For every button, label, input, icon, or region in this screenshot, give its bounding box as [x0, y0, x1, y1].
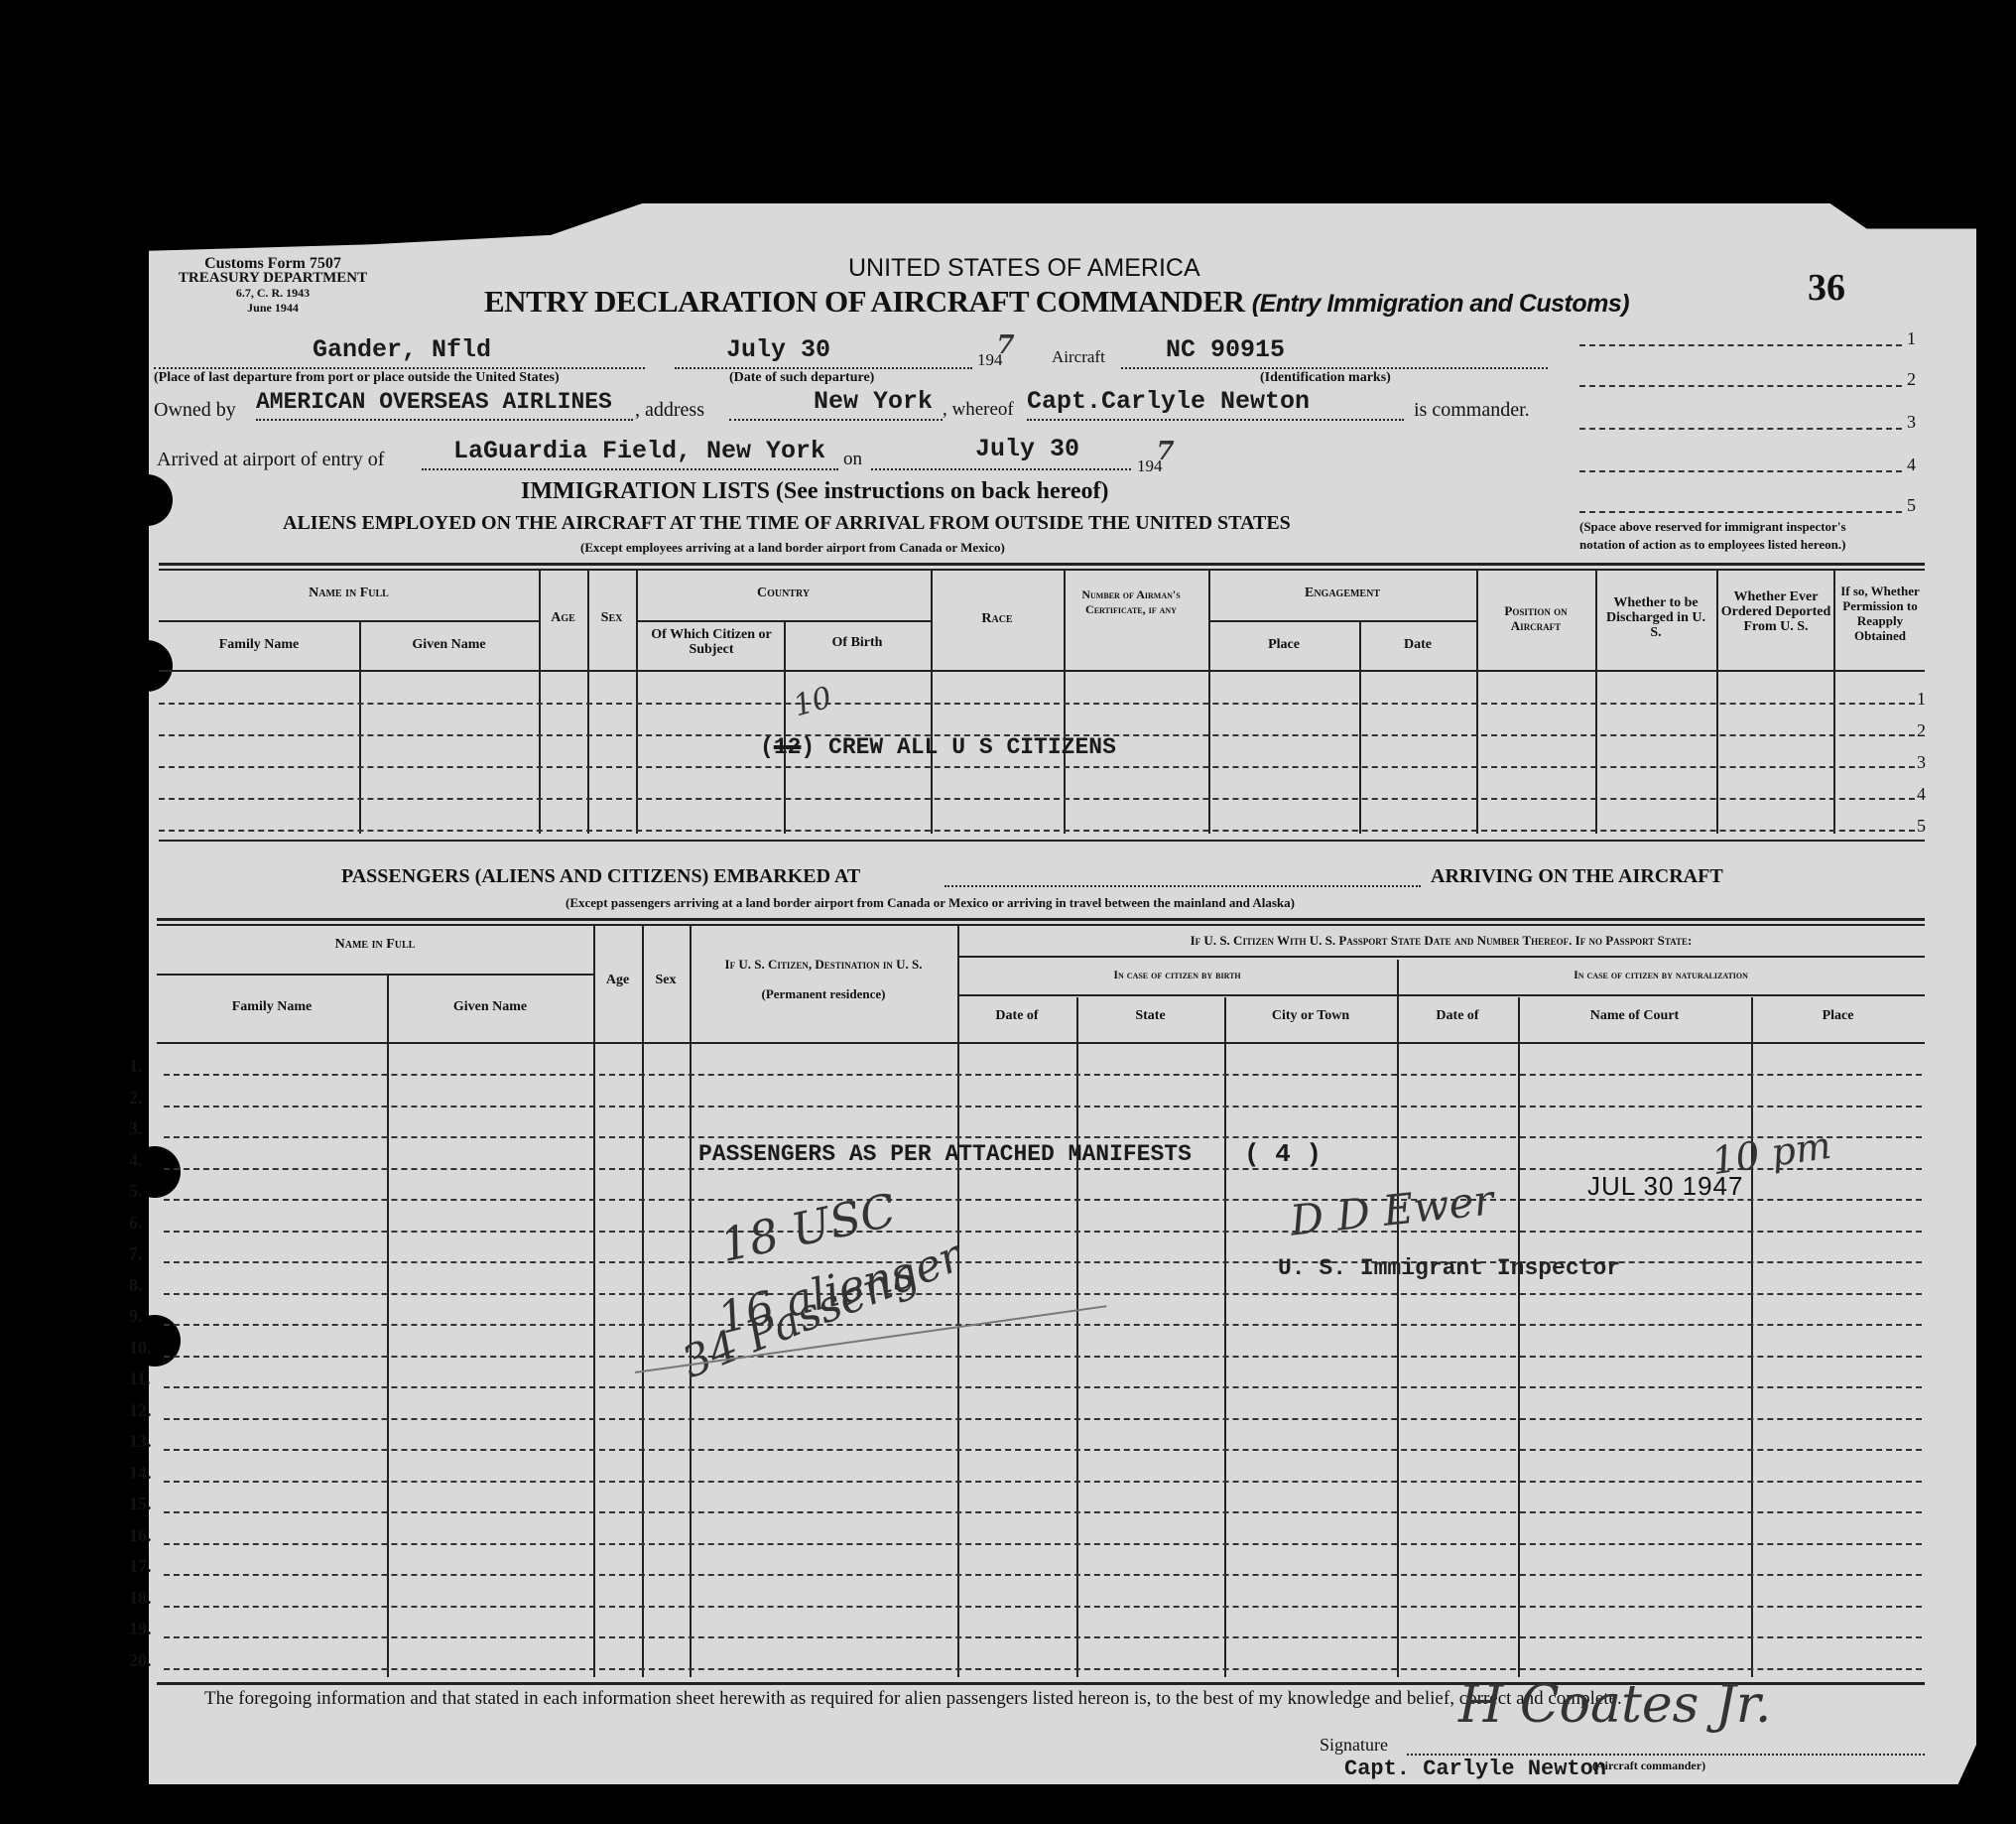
header-engagement: Engagement — [1208, 586, 1476, 600]
crew-note-open: ( — [760, 734, 774, 760]
notation-line — [1579, 511, 1902, 513]
header-nat-date: Date of — [1397, 1008, 1518, 1023]
notation-line-number: 5 — [1907, 495, 1916, 516]
header-engagement-place: Place — [1208, 637, 1359, 652]
passenger-row-number: 12. — [129, 1400, 152, 1421]
aircraft-id-value: NC 90915 — [1166, 335, 1285, 364]
owner-value: AMERICAN OVERSEAS AIRLINES — [256, 389, 612, 415]
header-engagement-date: Date — [1359, 637, 1476, 652]
header-family-name: Family Name — [157, 999, 387, 1014]
passenger-row-number: 9. — [129, 1306, 143, 1327]
passenger-row-number: 3. — [129, 1118, 143, 1139]
passenger-row-line[interactable] — [164, 1106, 1922, 1107]
col-divider — [359, 622, 361, 834]
passenger-table-top — [157, 918, 1925, 921]
passenger-row-number: 13. — [129, 1431, 152, 1452]
manifest-count: ( 4 ) — [1244, 1139, 1322, 1169]
punch-hole — [121, 474, 173, 526]
departure-date-value: July 30 — [726, 335, 830, 364]
passenger-table-top — [157, 924, 1925, 926]
passenger-row-number: 14. — [129, 1463, 152, 1484]
signer-typed: Capt. Carlyle Newton — [1344, 1757, 1606, 1781]
arrived-label: Arrived at airport of entry of — [157, 449, 384, 471]
arrival-year-digit[interactable]: 7 — [1157, 437, 1175, 466]
header-age: Age — [539, 610, 587, 625]
passenger-row-number: 6. — [129, 1213, 143, 1234]
crew-row-number: 5 — [1917, 816, 1926, 837]
crew-note[interactable]: (12) CREW ALL U S CITIZENS — [760, 734, 1116, 760]
col-divider — [784, 622, 786, 834]
inspector-title: U. S. Immigrant Inspector — [1278, 1255, 1620, 1281]
passenger-row-number: 2. — [129, 1088, 143, 1108]
passenger-row-number: 18. — [129, 1588, 152, 1609]
aircraft-label: Aircraft — [1052, 347, 1105, 367]
header-passport: If U. S. Citizen With U. S. Passport Sta… — [957, 933, 1925, 948]
edition: June 1944 — [149, 301, 397, 316]
passenger-row-number: 15. — [129, 1494, 152, 1514]
arrival-airport-value: LaGuardia Field, New York — [453, 437, 825, 465]
signature-handwritten: H Coates Jr. — [1458, 1675, 1771, 1735]
crew-row-number: 3 — [1917, 752, 1926, 773]
passenger-row-number: 19. — [129, 1619, 152, 1639]
passenger-row-number: 1. — [129, 1056, 143, 1077]
immigration-title: IMMIGRATION LISTS (See instructions on b… — [521, 478, 1108, 505]
passengers-note: (Except passengers arriving at a land bo… — [566, 895, 1295, 911]
passenger-row-number: 10. — [129, 1338, 152, 1359]
header-sex: Sex — [642, 973, 690, 987]
page-number: 36 — [1808, 266, 1845, 310]
header-court: Name of Court — [1518, 1008, 1751, 1023]
arrival-date-field[interactable]: July 30 — [871, 435, 1131, 470]
sub-divider — [636, 620, 931, 622]
col-divider — [387, 976, 389, 1677]
aircraft-caption: (Identification marks) — [1260, 370, 1391, 386]
immigration-note: (Except employees arriving at a land bor… — [580, 540, 1005, 556]
passenger-row-line[interactable] — [164, 1074, 1922, 1076]
departure-year-digit[interactable]: 7 — [997, 330, 1015, 360]
header-state: State — [1076, 1008, 1224, 1023]
header-discharged: Whether to be Discharged in U. S. — [1599, 595, 1712, 640]
crew-table-top — [159, 563, 1925, 566]
header-permission: If so, Whether Permission to Reapply Obt… — [1837, 584, 1923, 643]
header-race: Race — [931, 611, 1064, 626]
signature-field[interactable] — [1407, 1732, 1925, 1756]
passenger-row-line[interactable] — [164, 1136, 1922, 1138]
form-id-block: Customs Form 7507 TREASURY DEPARTMENT 6.… — [149, 256, 397, 316]
header-given-name: Given Name — [387, 999, 593, 1014]
passenger-row-line[interactable] — [164, 1511, 1922, 1513]
header-bottom — [157, 1042, 1925, 1044]
form-title-main: ENTRY DECLARATION OF AIRCRAFT COMMANDER — [484, 284, 1245, 319]
passenger-row-line[interactable] — [164, 1356, 1922, 1358]
header-by-naturalization: In case of citizen by naturalization — [1397, 968, 1925, 982]
crew-row-number: 2 — [1917, 720, 1926, 741]
col-divider — [642, 926, 644, 1677]
departure-date-field[interactable]: July 30 — [675, 335, 972, 369]
passenger-row-line[interactable] — [164, 1543, 1922, 1545]
header-given-name: Given Name — [359, 637, 539, 652]
header-certificate: Number of Airman's Certificate, if any — [1071, 587, 1191, 617]
department: TREASURY DEPARTMENT — [149, 271, 397, 286]
owner-field[interactable]: AMERICAN OVERSEAS AIRLINES — [256, 387, 633, 421]
passenger-row-line[interactable] — [164, 1449, 1922, 1451]
header-name-in-full: Name in Full — [159, 586, 539, 600]
header-by-birth: In case of citizen by birth — [957, 968, 1397, 982]
sub-divider — [957, 956, 1925, 958]
passenger-row-number: 7. — [129, 1243, 143, 1264]
crew-count-struck: 12 — [774, 734, 802, 760]
arrival-date-value: July 30 — [975, 435, 1079, 463]
passenger-row-line[interactable] — [164, 1668, 1922, 1670]
passenger-row-line[interactable] — [164, 1606, 1922, 1608]
header-of-birth: Of Birth — [784, 635, 931, 650]
header-name-in-full: Name in Full — [157, 937, 593, 952]
passengers-title-right: ARRIVING ON THE AIRCRAFT — [1431, 865, 1723, 888]
is-commander-label: is commander. — [1414, 399, 1530, 422]
passengers-title-left: PASSENGERS (ALIENS AND CITIZENS) EMBARKE… — [341, 865, 860, 888]
owned-by-label: Owned by — [154, 399, 236, 422]
notation-line-number: 3 — [1907, 412, 1916, 433]
aircraft-id-field[interactable]: NC 90915 — [1121, 335, 1548, 369]
crew-row-line — [159, 798, 1915, 800]
notation-line — [1579, 470, 1902, 472]
inspector-notation-area[interactable]: 1 2 3 4 5 — [1579, 332, 1927, 511]
notation-line-number: 4 — [1907, 455, 1916, 475]
immigration-subtitle: ALIENS EMPLOYED ON THE AIRCRAFT AT THE T… — [283, 512, 1291, 535]
whereof-label: , whereof — [943, 399, 1014, 421]
header-place: Place — [1751, 1008, 1925, 1023]
notation-line — [1579, 344, 1902, 346]
passenger-row-line[interactable] — [164, 1481, 1922, 1483]
passenger-row-line[interactable] — [164, 1574, 1922, 1576]
header-birth-date: Date of — [957, 1008, 1076, 1023]
header-position: Position on Aircraft — [1486, 603, 1585, 633]
departure-date-caption: (Date of such departure) — [729, 370, 874, 386]
col-divider — [690, 926, 692, 1677]
sub-divider — [157, 974, 593, 976]
crew-row-number: 1 — [1917, 689, 1926, 710]
address-label: , address — [635, 399, 704, 422]
col-divider — [1397, 960, 1399, 1677]
crew-note-text: ) CREW ALL U S CITIZENS — [801, 734, 1115, 760]
notation-line-number: 1 — [1907, 328, 1916, 349]
passenger-row-line[interactable] — [164, 1261, 1922, 1263]
crew-row-line — [159, 830, 1915, 832]
on-label: on — [843, 449, 862, 470]
header-citizen-of: Of Which Citizen or Subject — [642, 627, 781, 657]
commander-field[interactable]: Capt.Carlyle Newton — [1027, 387, 1404, 421]
header-age: Age — [593, 973, 642, 987]
address-field[interactable]: New York — [729, 387, 943, 421]
notation-caption-2: notation of action as to employees liste… — [1579, 536, 1846, 554]
crew-row-line — [159, 703, 1915, 705]
passenger-row-number: 17. — [129, 1556, 152, 1577]
header-destination: If U. S. Citizen, Destination in U. S. — [694, 957, 952, 972]
passenger-row-line[interactable] — [164, 1293, 1922, 1295]
passenger-row-number: 5. — [129, 1181, 143, 1202]
regulation: 6.7, C. R. 1943 — [149, 286, 397, 301]
header-sex: Sex — [587, 610, 636, 625]
passenger-row-line[interactable] — [164, 1418, 1922, 1420]
crew-row-number: 4 — [1917, 784, 1926, 805]
passenger-row-line[interactable] — [164, 1231, 1922, 1233]
signer-caption: (Aircraft commander) — [1592, 1759, 1705, 1773]
col-divider — [1359, 622, 1361, 834]
passenger-row-number: 4. — [129, 1150, 143, 1171]
signature-label: Signature — [1320, 1735, 1388, 1756]
col-divider — [593, 926, 595, 1677]
col-divider — [957, 926, 959, 1677]
departure-year: 1947 — [977, 342, 1021, 372]
passenger-row-line[interactable] — [164, 1168, 1922, 1170]
passenger-row-line[interactable] — [164, 1324, 1922, 1326]
passenger-row-line[interactable] — [164, 1636, 1922, 1638]
commander-value: Capt.Carlyle Newton — [1027, 387, 1310, 416]
country-heading: UNITED STATES OF AMERICA — [848, 254, 1200, 283]
header-destination-sub: (Permanent residence) — [694, 986, 952, 1001]
form-number: Customs Form 7507 — [149, 256, 397, 271]
form-title: ENTRY DECLARATION OF AIRCRAFT COMMANDER … — [484, 284, 1629, 320]
header-bottom — [159, 670, 1925, 672]
passenger-row-line[interactable] — [164, 1386, 1922, 1388]
sub-divider — [957, 994, 1925, 996]
header-country: Country — [636, 586, 931, 600]
notation-line — [1579, 385, 1902, 387]
notation-caption: (Space above reserved for immigrant insp… — [1579, 518, 1846, 554]
crew-table-top — [159, 569, 1925, 571]
notation-caption-1: (Space above reserved for immigrant insp… — [1579, 518, 1846, 536]
departure-place-caption: (Place of last departure from port or pl… — [154, 370, 560, 386]
passenger-row-number: 11. — [129, 1368, 151, 1389]
passenger-row-number: 20. — [129, 1650, 152, 1671]
arrival-airport-field[interactable]: LaGuardia Field, New York — [422, 435, 838, 470]
manifest-note: PASSENGERS AS PER ATTACHED MANIFESTS — [698, 1141, 1192, 1167]
form-subtitle: (Entry Immigration and Customs) — [1252, 290, 1629, 318]
sub-divider — [1208, 620, 1476, 622]
header-family-name: Family Name — [159, 637, 359, 652]
embarked-at-field[interactable] — [945, 863, 1421, 887]
departure-place-value: Gander, Nfld — [313, 335, 491, 364]
crew-table-bottom — [159, 840, 1925, 842]
header-city: City or Town — [1224, 1008, 1397, 1023]
header-deported: Whether Ever Ordered Deported From U. S. — [1720, 589, 1831, 634]
crew-row-line — [159, 766, 1915, 768]
sub-divider — [159, 620, 539, 622]
address-value: New York — [814, 387, 933, 416]
passenger-row-number: 16. — [129, 1525, 152, 1546]
notation-line — [1579, 428, 1902, 430]
departure-place-field[interactable]: Gander, Nfld — [154, 335, 645, 369]
notation-line-number: 2 — [1907, 369, 1916, 390]
arrival-year: 1947 — [1137, 449, 1181, 478]
passenger-row-number: 8. — [129, 1275, 143, 1296]
